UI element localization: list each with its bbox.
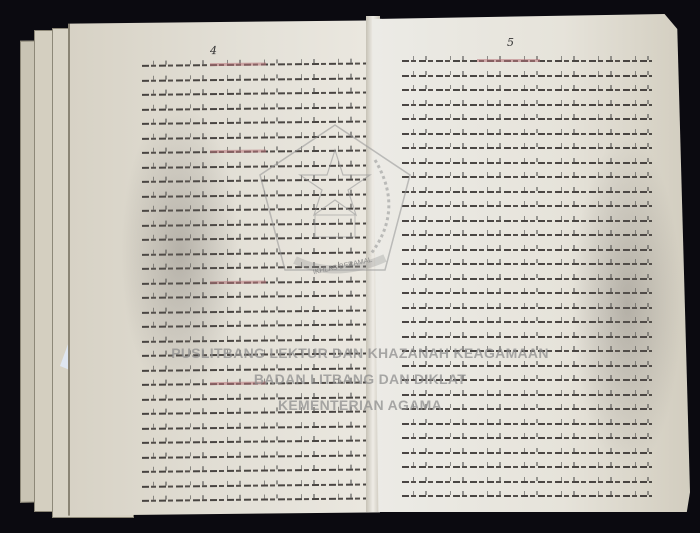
watermark-line-1: PUSLITBANG LEKTUR DAN KHAZANAH KEAGAMAAN xyxy=(150,340,570,366)
watermark-line-3: KEMENTERIAN AGAMA xyxy=(150,392,570,418)
page-number-left: 4 xyxy=(210,44,217,57)
watermark-line-2: BADAN LITBANG DAN DIKLAT xyxy=(150,366,570,392)
manuscript-photo: 4 5 IKH xyxy=(0,0,700,533)
ministry-emblem-icon: IKHLAS BERAMAL xyxy=(255,120,415,285)
right-page: 5 xyxy=(372,14,690,512)
watermark: PUSLITBANG LEKTUR DAN KHAZANAH KEAGAMAAN… xyxy=(150,340,570,418)
ink-bleed xyxy=(572,134,682,474)
page-number-right: 5 xyxy=(507,36,514,49)
